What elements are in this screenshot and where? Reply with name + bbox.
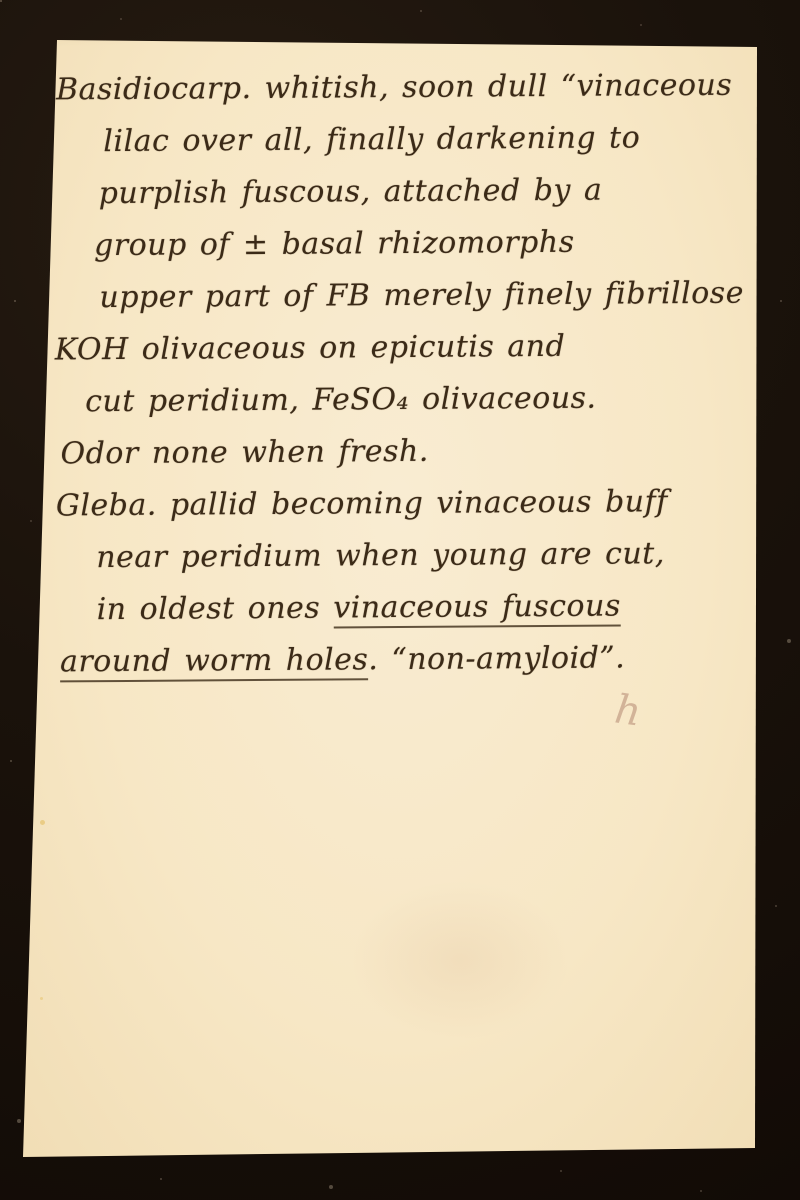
handwritten-text-lines: Basidiocarp. whitish, soon dull “vinaceo… bbox=[53, 60, 757, 689]
handwriting-segment: . “non-amyloid”. bbox=[368, 640, 625, 677]
card-edge-chip bbox=[40, 820, 45, 825]
handwriting-segment: near peridium when young are cut, bbox=[96, 536, 665, 575]
handwriting-line: lilac over all, finally darkening to bbox=[103, 112, 753, 169]
handwriting-line: cut peridium, FeSO₄ olivaceous. bbox=[85, 372, 755, 429]
handwriting-line: Basidiocarp. whitish, soon dull “vinaceo… bbox=[56, 60, 753, 117]
photo-background: Basidiocarp. whitish, soon dull “vinaceo… bbox=[0, 0, 800, 1200]
handwriting-segment: in oldest ones bbox=[97, 591, 334, 628]
handwriting-line: near peridium when young are cut, bbox=[96, 528, 756, 585]
handwriting-segment: Basidiocarp. whitish, soon dull “vinaceo… bbox=[56, 68, 732, 108]
smudge-stain bbox=[350, 880, 570, 1040]
handwriting-line: Gleba. pallid becoming vinaceous buff bbox=[56, 476, 756, 533]
handwriting-segment: Gleba. pallid becoming vinaceous buff bbox=[56, 484, 668, 523]
handwriting-segment: Odor none when fresh. bbox=[60, 434, 429, 472]
dust-speckles bbox=[0, 0, 2, 2]
handwriting-segment: group of ± basal rhizomorphs bbox=[94, 225, 575, 263]
handwriting-segment: KOH olivaceous on epicutis and bbox=[55, 329, 566, 368]
handwriting-segment: purplish fuscous, attached by a bbox=[99, 173, 603, 212]
handwriting-line: KOH olivaceous on epicutis and bbox=[55, 320, 755, 377]
handwritten-note: Basidiocarp. whitish, soon dull “vinaceo… bbox=[53, 60, 757, 689]
handwriting-line: Odor none when fresh. bbox=[60, 424, 755, 481]
handwriting-line: upper part of FB merely finely fibrillos… bbox=[99, 268, 754, 325]
underlined-phrase: vinaceous fuscous bbox=[333, 588, 621, 628]
handwriting-segment: upper part of FB merely finely fibrillos… bbox=[99, 276, 744, 315]
handwriting-segment: cut peridium, FeSO₄ olivaceous. bbox=[85, 381, 597, 420]
underlined-phrase: around worm holes bbox=[60, 642, 369, 682]
handwriting-line: purplish fuscous, attached by a bbox=[99, 164, 754, 221]
handwriting-line: in oldest ones vinaceous fuscous bbox=[96, 580, 756, 637]
handwriting-line: group of ± basal rhizomorphs bbox=[94, 216, 754, 273]
handwriting-segment: lilac over all, finally darkening to bbox=[103, 120, 640, 159]
handwriting-line: around worm holes. “non-amyloid”. bbox=[60, 632, 757, 689]
